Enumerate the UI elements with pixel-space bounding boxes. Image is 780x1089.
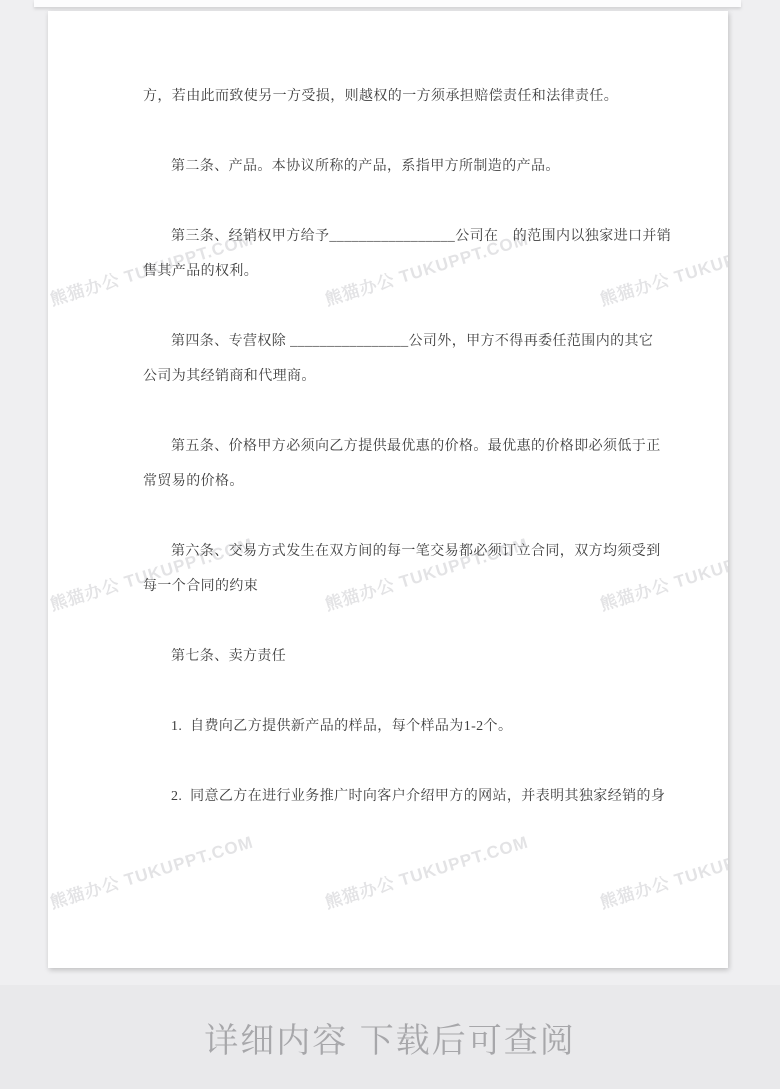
paragraph: 2. 同意乙方在进行业务推广时向客户介绍甲方的网站，并表明其独家经销的身 [143,779,670,814]
paragraph: 方，若由此而致使另一方受损，则越权的一方须承担赔偿责任和法律责任。 [143,79,670,114]
text-line: 第四条、专营权除 ________________公司外，甲方不得再委任范围内的… [143,324,670,359]
paragraph: 第二条、产品。本协议所称的产品，系指甲方所制造的产品。 [143,149,670,184]
document-page: 熊猫办公 TUKUPPT.COM熊猫办公 TUKUPPT.COM熊猫办公 TUK… [48,11,728,968]
footer-bar: 详细内容 下载后可查阅 [0,985,780,1089]
text-line: 第二条、产品。本协议所称的产品，系指甲方所制造的产品。 [143,149,670,184]
text-line: 2. 同意乙方在进行业务推广时向客户介绍甲方的网站，并表明其独家经销的身 [143,779,670,814]
text-line: 第七条、卖方责任 [143,639,670,674]
watermark-text: 熊猫办公 TUKUPPT.COM [321,828,531,914]
text-line: 售其产品的权利。 [143,254,670,289]
text-line: 1. 自费向乙方提供新产品的样品，每个样品为1-2个。 [143,709,670,744]
text-line: 方，若由此而致使另一方受损，则越权的一方须承担赔偿责任和法律责任。 [143,79,670,114]
watermark-text: 熊猫办公 TUKUPPT.COM [596,828,728,914]
text-line: 第六条、交易方式发生在双方间的每一笔交易都必须订立合同，双方均须受到 [143,534,670,569]
previous-page-bottom-edge [34,0,741,7]
paragraph: 第四条、专营权除 ________________公司外，甲方不得再委任范围内的… [143,324,670,394]
paragraph: 第七条、卖方责任 [143,639,670,674]
paragraph: 1. 自费向乙方提供新产品的样品，每个样品为1-2个。 [143,709,670,744]
text-line: 每一个合同的约束 [143,569,670,604]
paragraph: 第三条、经销权甲方给予_________________公司在 的范围内以独家进… [143,219,670,289]
watermark-text: 熊猫办公 TUKUPPT.COM [48,828,256,914]
paragraph: 第五条、价格甲方必须向乙方提供最优惠的价格。最优惠的价格即必须低于正常贸易的价格… [143,429,670,499]
text-line: 第五条、价格甲方必须向乙方提供最优惠的价格。最优惠的价格即必须低于正 [143,429,670,464]
footer-label: 详细内容 下载后可查阅 [204,1013,575,1062]
text-line: 第三条、经销权甲方给予_________________公司在 的范围内以独家进… [143,219,670,254]
paragraph: 第六条、交易方式发生在双方间的每一笔交易都必须订立合同，双方均须受到每一个合同的… [143,534,670,604]
document-body: 方，若由此而致使另一方受损，则越权的一方须承担赔偿责任和法律责任。第二条、产品。… [143,79,670,814]
text-line: 公司为其经销商和代理商。 [143,359,670,394]
text-line: 常贸易的价格。 [143,464,670,499]
document-preview-viewport[interactable]: 熊猫办公 TUKUPPT.COM熊猫办公 TUKUPPT.COM熊猫办公 TUK… [0,0,780,1089]
